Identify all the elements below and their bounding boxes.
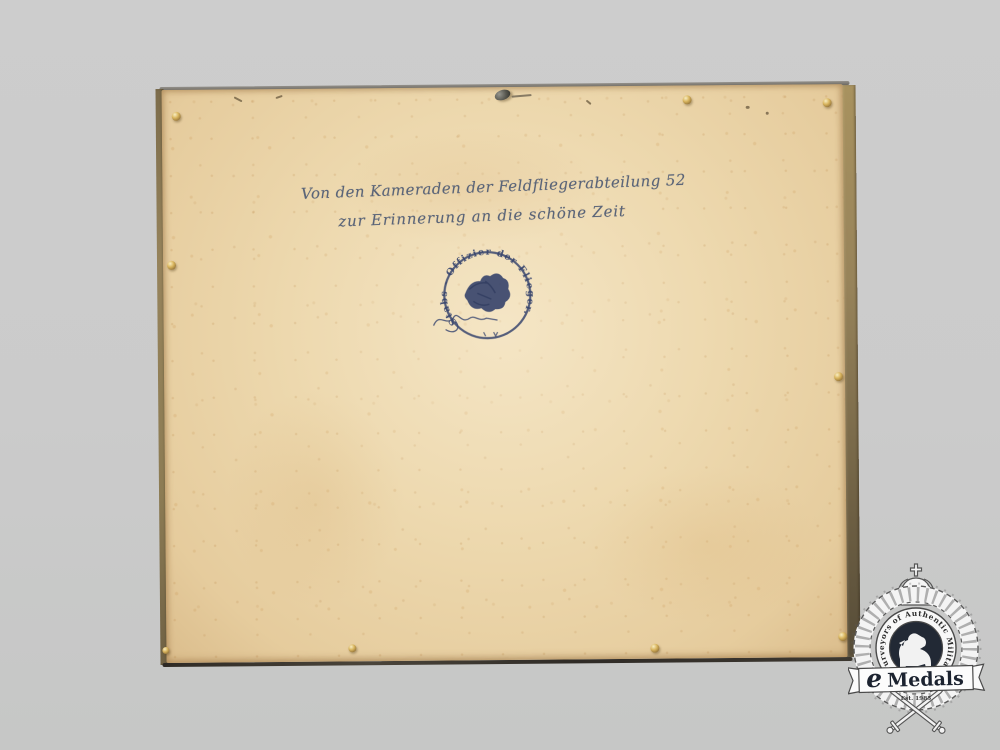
scratch-mark	[766, 112, 769, 115]
brass-tack	[162, 647, 169, 654]
brass-tack	[172, 112, 181, 121]
watermark-brand-e: e	[866, 664, 883, 693]
unit-ink-stamp: Stabs - Offizier der Flieger.	[427, 235, 548, 356]
watermark-established: Est. 1985	[901, 696, 932, 702]
brass-tack	[823, 98, 832, 107]
paper-backing	[162, 84, 848, 663]
paper-vignette	[162, 84, 848, 663]
photo-backdrop: Von den Kameraden der Feldfliegerabteilu…	[0, 0, 1000, 750]
stamp-small-marks	[484, 332, 498, 336]
brass-tack	[683, 95, 692, 104]
brass-tack	[838, 632, 847, 641]
brass-tack	[167, 261, 176, 270]
watermark-brand-medals: Medals	[887, 668, 964, 692]
signature-scribble	[433, 315, 497, 332]
brass-tack	[834, 372, 843, 381]
eagle-icon	[464, 273, 510, 312]
brass-tack	[650, 644, 659, 653]
brass-tack	[348, 644, 356, 652]
frame-back: Von den Kameraden der Feldfliegerabteilu…	[155, 81, 860, 667]
scratch-mark	[746, 106, 750, 109]
emedals-watermark: Purveyors of Authentic Militaria e	[848, 558, 996, 746]
